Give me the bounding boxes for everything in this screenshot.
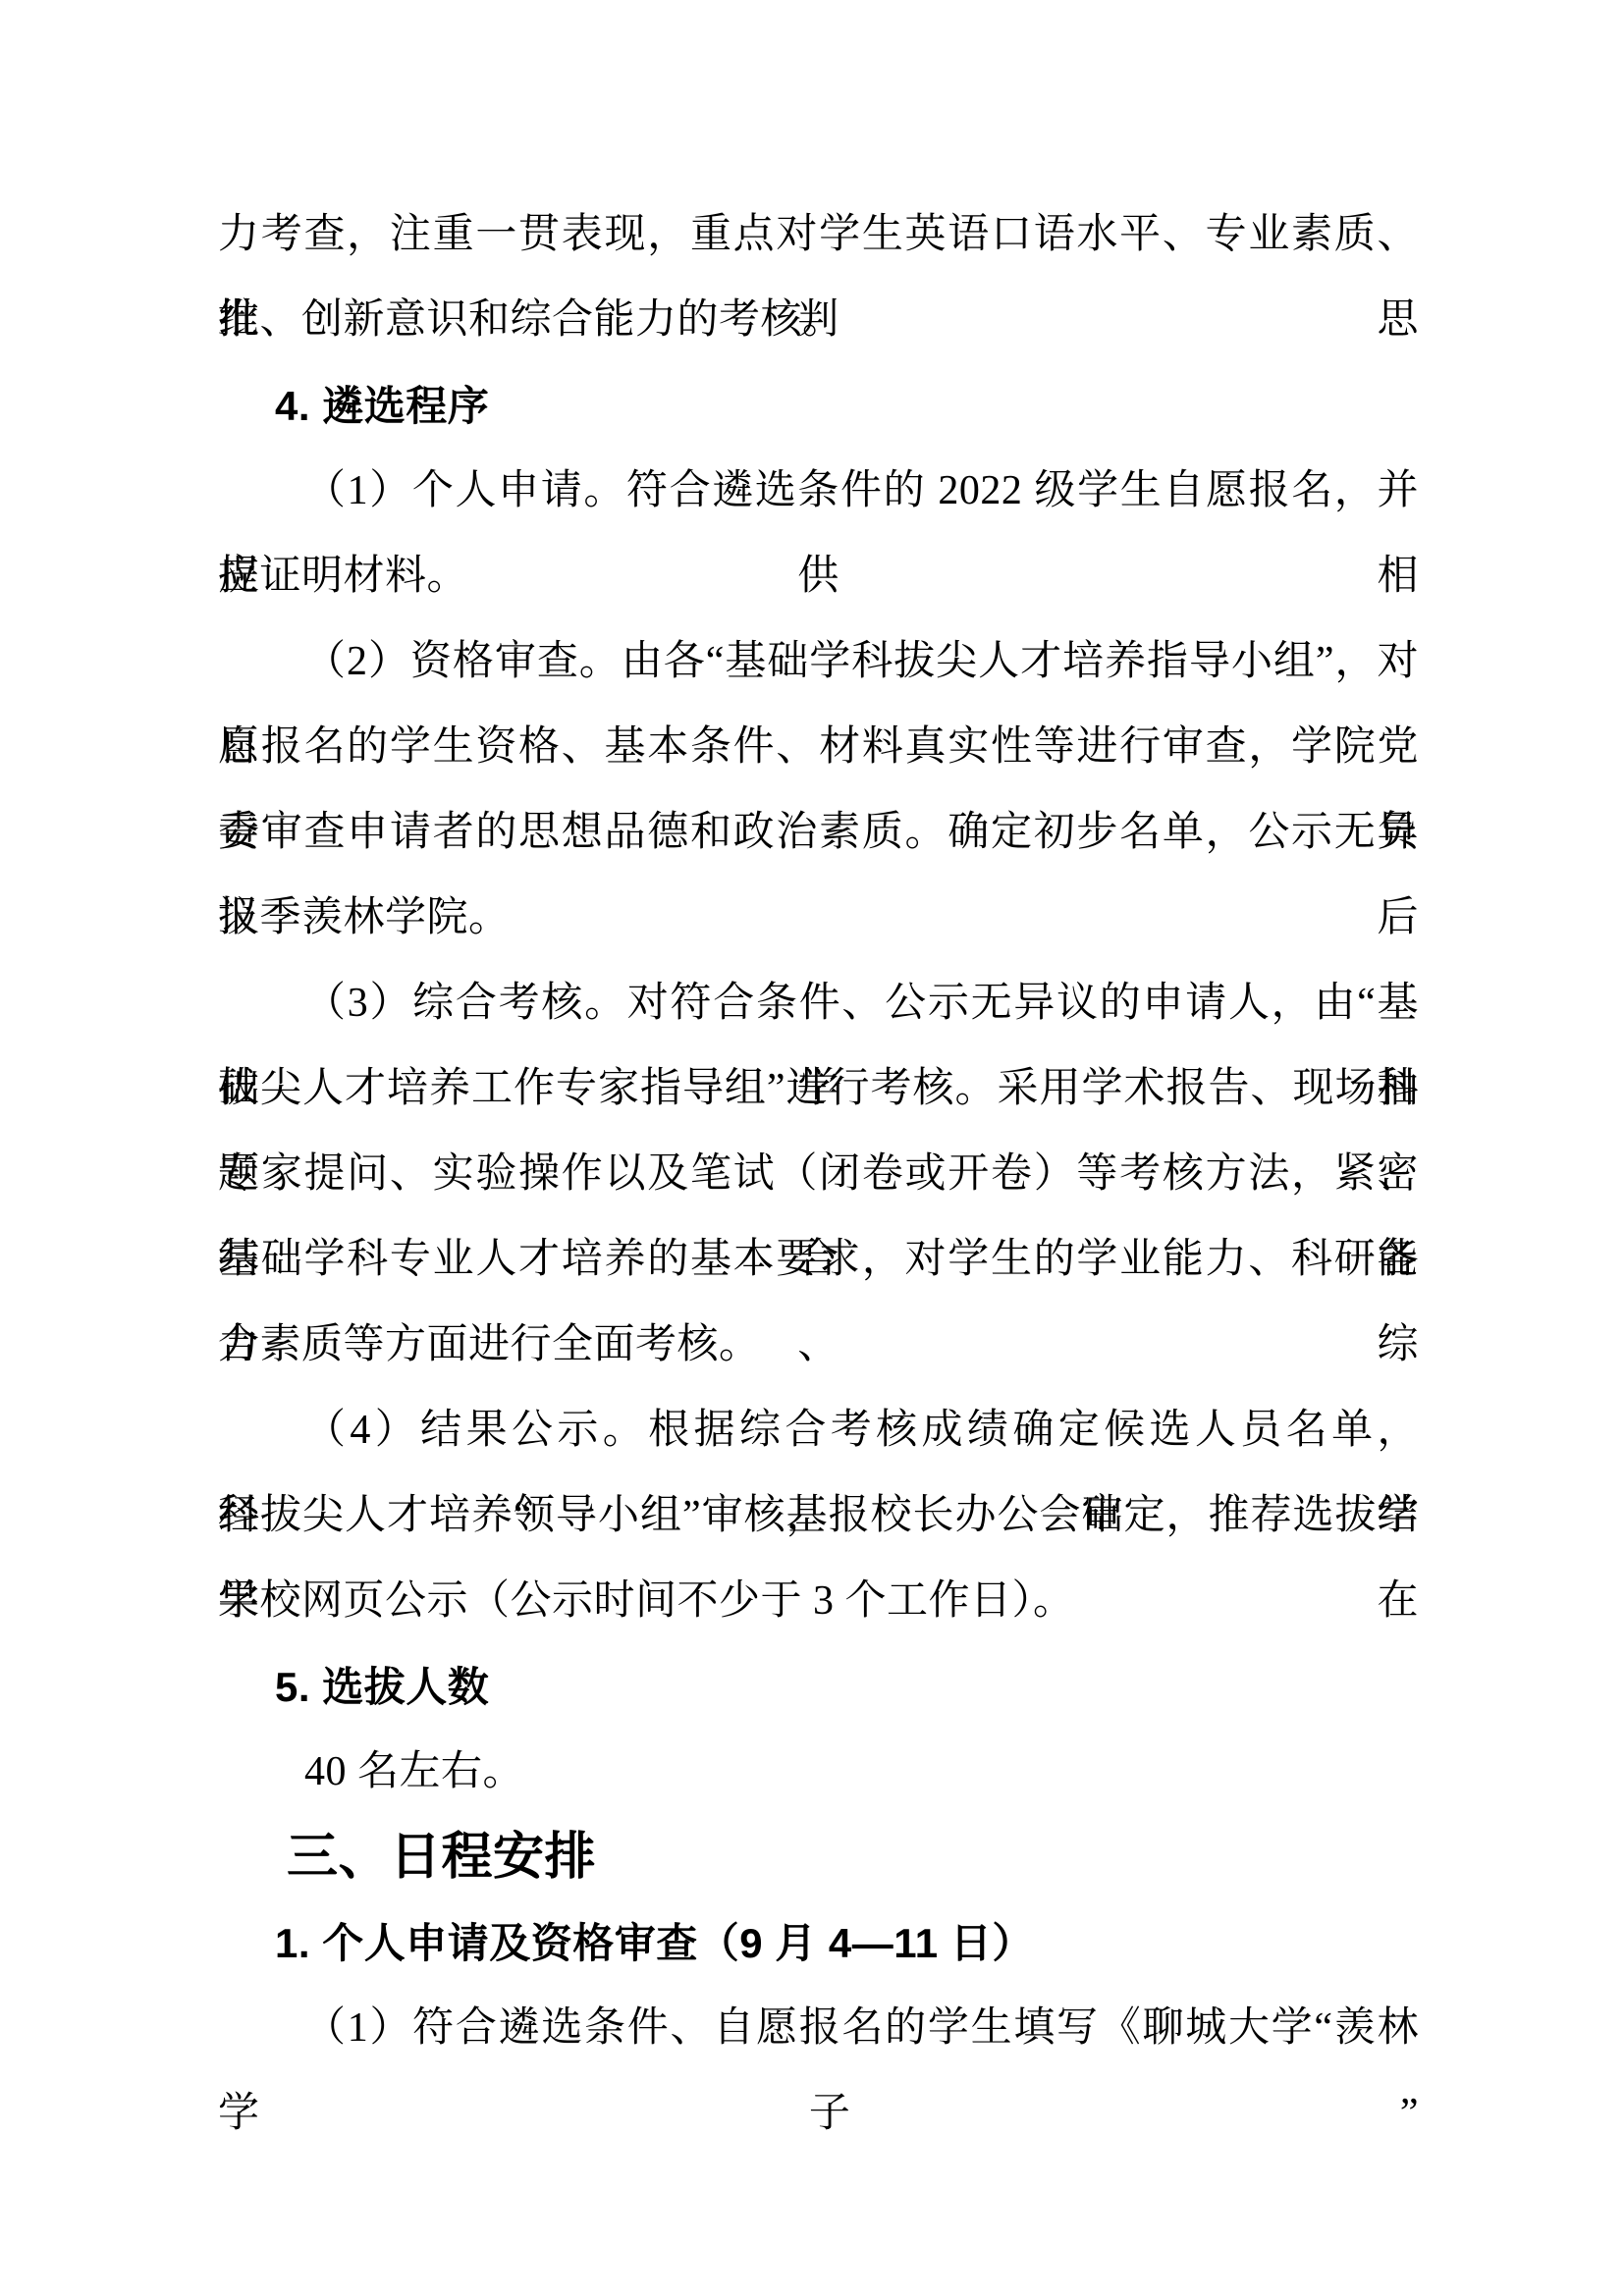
text-line: （2）资格审查。由各“基础学科拔尖人才培养指导小组”，对自 (218, 619, 1419, 705)
text-line: （1）个人申请。符合遴选条件的 2022 级学生自愿报名，并提供相 (218, 449, 1419, 534)
text-line: 4. 遴选程序 (218, 363, 1419, 449)
text-line: 1. 个人申请及资格审查（9 月 4—11 日） (218, 1900, 1419, 1986)
text-line: 专家提问、实验操作以及笔试（闭卷或开卷）等考核方法，紧密结合各 (218, 1132, 1419, 1217)
text-line: 拔尖人才培养工作专家指导组”进行考核。采用学术报告、现场抽题、 (218, 1046, 1419, 1132)
text-line: （4）结果公示。根据综合考核成绩确定候选人员名单，经“基础学 (218, 1388, 1419, 1473)
text-line: 科拔尖人才培养领导小组”审核，报校长办公会审定，推荐选拔结果在 (218, 1473, 1419, 1559)
text-line: 基础学科专业人才培养的基本要求，对学生的学业能力、科研能力、综 (218, 1217, 1419, 1303)
text-line: 愿报名的学生资格、基本条件、材料真实性等进行审查，学院党委负 (218, 705, 1419, 790)
document-page: 力考查，注重一贯表现，重点对学生英语口语水平、专业素质、批判思维、创新意识和综合… (0, 0, 1624, 2071)
text-line: （3）综合考核。对符合条件、公示无异议的申请人，由“基础学科 (218, 961, 1419, 1046)
text-line: 力考查，注重一贯表现，重点对学生英语口语水平、专业素质、批判思 (218, 192, 1419, 278)
text-line: （1）符合遴选条件、自愿报名的学生填写《聊城大学“羡林学子” (218, 1986, 1419, 2071)
text-line: 三、日程安排 (218, 1815, 1419, 1900)
text-line: 40 名左右。 (218, 1730, 1419, 1815)
text-line: 5. 选拔人数 (218, 1644, 1419, 1730)
text-line: 责审查申请者的思想品德和政治素质。确定初步名单，公示无异议后 (218, 790, 1419, 876)
